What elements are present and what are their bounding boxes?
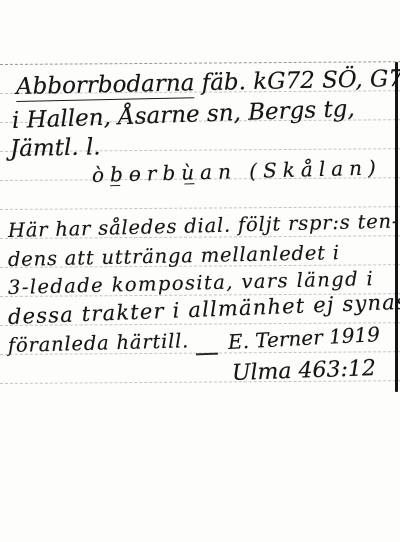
archive-reference: Ulma 463:12: [232, 356, 377, 386]
ruled-line: [0, 61, 400, 65]
location-line: i Hallen, Åsarne sn, Bergs tg,: [12, 96, 356, 134]
signature: E. Terner 1919: [227, 322, 380, 354]
phonetic-transcription: òb̲ɵrbù̲an (Skålan): [92, 155, 382, 187]
ruled-line: [0, 206, 400, 210]
province-line: Jämtl. l.: [10, 134, 101, 162]
body-line: Här har således dial. följt rspr:s ten-: [8, 209, 400, 242]
body-line: föranleda härtill.: [8, 329, 190, 357]
body-line: dens att uttränga mellanledet i: [8, 241, 340, 271]
filler-dash: [196, 353, 218, 355]
headword-rest: fäb. kG72 SÖ, G72,: [194, 65, 400, 96]
headword-line: Abborrbodarna fäb. kG72 SÖ, G72,: [16, 65, 400, 100]
headword: Abborrbodarna: [16, 70, 195, 102]
archive-card: Abborrbodarna fäb. kG72 SÖ, G72, i Halle…: [0, 0, 400, 542]
